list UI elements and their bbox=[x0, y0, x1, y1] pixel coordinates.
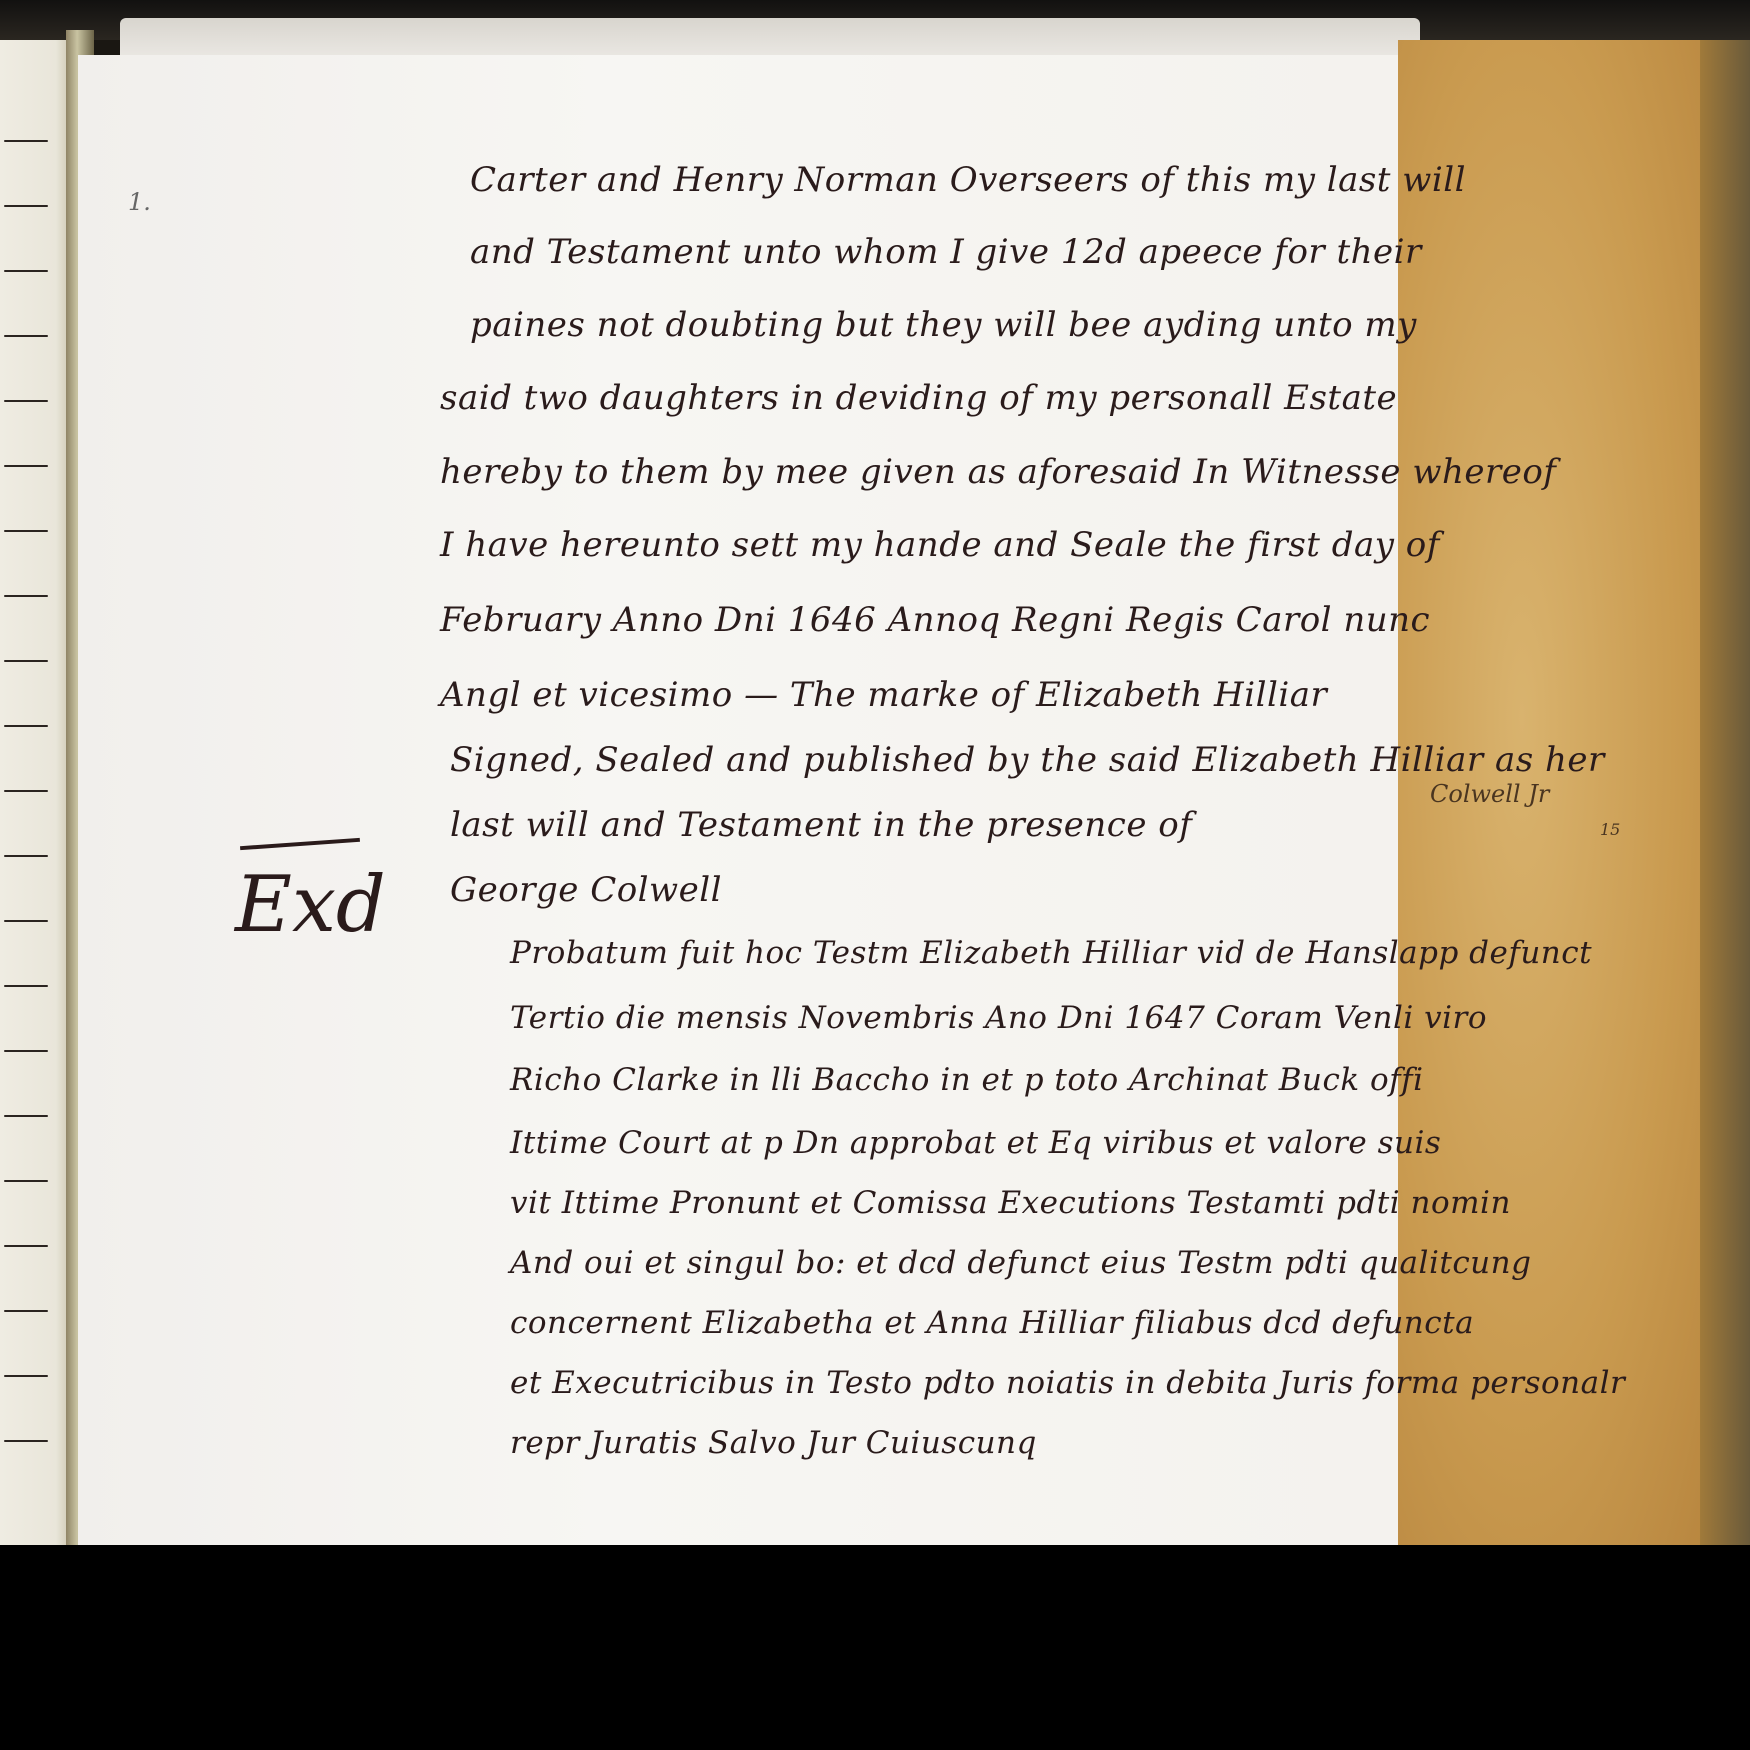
text-line: last will and Testament in the presence … bbox=[450, 805, 1192, 845]
probate-line: vit Ittime Pronunt et Comissa Executions… bbox=[510, 1185, 1511, 1221]
manuscript-photo: 1. Carter and Henry Norman Overseers of … bbox=[0, 0, 1750, 1545]
guard-note-small: 15 bbox=[1600, 820, 1620, 839]
text-line: February Anno Dni 1646 Annoq Regni Regis… bbox=[440, 600, 1430, 640]
letterbox-bar bbox=[0, 1545, 1750, 1750]
text-line: Carter and Henry Norman Overseers of thi… bbox=[470, 160, 1466, 200]
probate-line: repr Juratis Salvo Jur Cuiuscunq bbox=[510, 1425, 1037, 1461]
text-line: George Colwell bbox=[450, 870, 722, 910]
probate-line: Richo Clarke in lli Baccho in et p toto … bbox=[510, 1062, 1423, 1098]
margin-mark: Exd bbox=[235, 860, 386, 950]
probate-line: Tertio die mensis Novembris Ano Dni 1647… bbox=[510, 1000, 1487, 1036]
probate-line: et Executricibus in Testo pdto noiatis i… bbox=[510, 1365, 1625, 1401]
probate-line: Ittime Court at p Dn approbat et Eq viri… bbox=[510, 1125, 1441, 1161]
text-line: and Testament unto whom I give 12d apeec… bbox=[470, 232, 1422, 272]
text-line: Angl et vicesimo — The marke of Elizabet… bbox=[440, 675, 1327, 715]
text-line: I have hereunto sett my hande and Seale … bbox=[440, 525, 1440, 565]
text-line: paines not doubting but they will bee ay… bbox=[470, 305, 1417, 345]
binding-right-edge bbox=[1700, 40, 1750, 1545]
page-marker: 1. bbox=[128, 188, 151, 216]
facing-page-edge bbox=[0, 40, 70, 1545]
guard-note: Colwell Jr bbox=[1430, 780, 1549, 808]
text-line: hereby to them by mee given as aforesaid… bbox=[440, 452, 1556, 492]
probate-line: concernent Elizabetha et Anna Hilliar fi… bbox=[510, 1305, 1474, 1341]
probate-line: And oui et singul bo: et dcd defunct eiu… bbox=[510, 1245, 1531, 1281]
text-line: Signed, Sealed and published by the said… bbox=[450, 740, 1605, 780]
probate-line: Probatum fuit hoc Testm Elizabeth Hillia… bbox=[510, 935, 1592, 971]
text-line: said two daughters in deviding of my per… bbox=[440, 378, 1397, 418]
